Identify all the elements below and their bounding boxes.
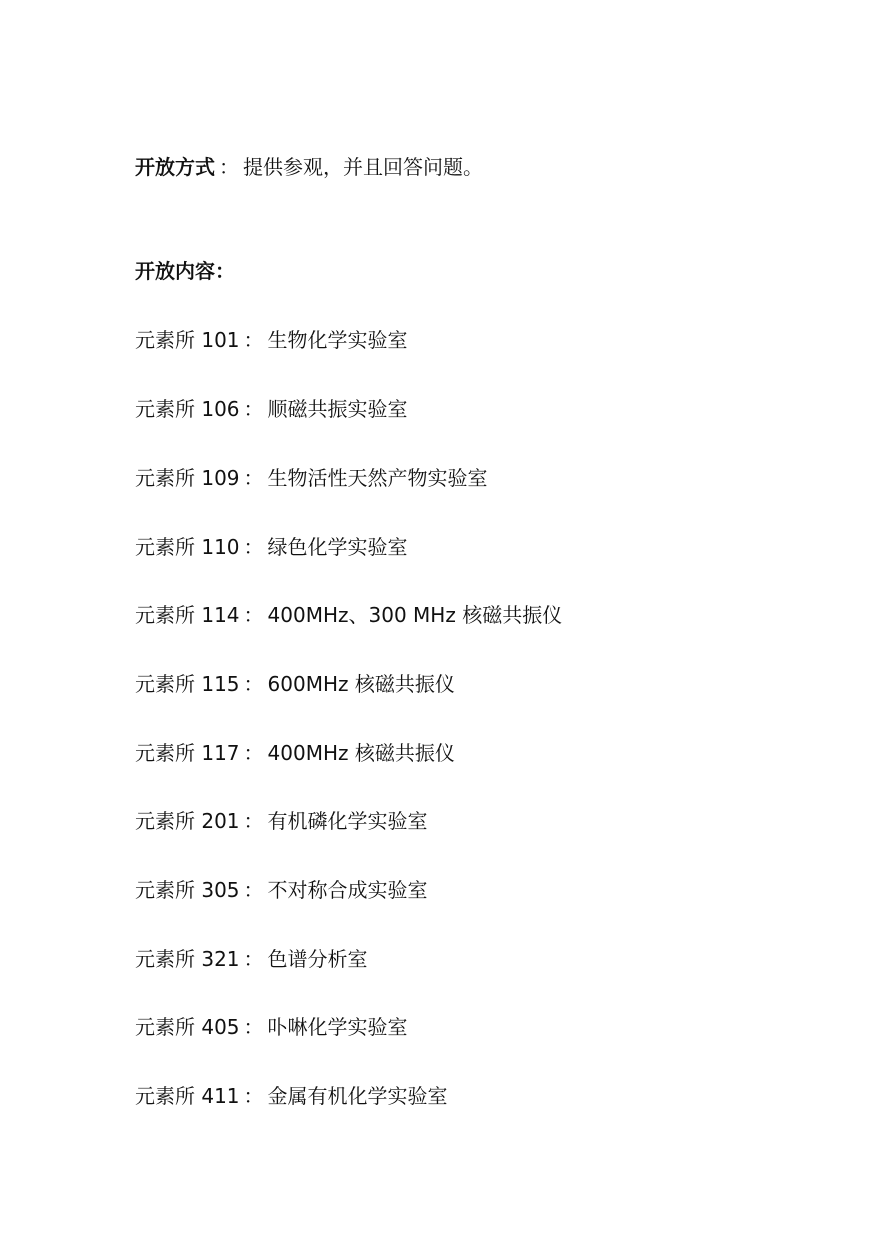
item-name: 生物活性天然产物实验室 [268, 466, 488, 490]
item-separator: ： [240, 809, 268, 833]
list-item: 元素所 106：顺磁共振实验室 [135, 396, 408, 422]
item-prefix: 元素所 [135, 535, 195, 559]
list-item: 元素所 115：600MHz 核磁共振仪 [135, 671, 455, 697]
open-method-line: 开放方式：提供参观，并且回答问题。 [135, 154, 483, 180]
document-page: 开放方式：提供参观，并且回答问题。 开放内容： 元素所 101：生物化学实验室 … [0, 0, 890, 1258]
item-separator: ： [240, 947, 268, 971]
list-item: 元素所 405：卟啉化学实验室 [135, 1014, 408, 1040]
list-item: 元素所 411：金属有机化学实验室 [135, 1083, 448, 1109]
item-separator: ： [240, 397, 268, 421]
list-item: 元素所 101：生物化学实验室 [135, 327, 408, 353]
list-item: 元素所 201：有机磷化学实验室 [135, 808, 428, 834]
item-room: 114 [201, 603, 239, 627]
item-prefix: 元素所 [135, 1084, 195, 1108]
item-name: 色谱分析室 [268, 947, 368, 971]
list-item: 元素所 109：生物活性天然产物实验室 [135, 465, 488, 491]
list-item: 元素所 321：色谱分析室 [135, 946, 368, 972]
item-prefix: 元素所 [135, 466, 195, 490]
item-room: 405 [201, 1015, 239, 1039]
item-prefix: 元素所 [135, 947, 195, 971]
item-room: 321 [201, 947, 239, 971]
item-name: 不对称合成实验室 [268, 878, 428, 902]
list-item: 元素所 114：400MHz、300 MHz 核磁共振仪 [135, 602, 562, 628]
open-method-text: 提供参观，并且回答问题。 [243, 155, 483, 179]
item-separator: ： [240, 466, 268, 490]
item-name: 有机磷化学实验室 [268, 809, 428, 833]
item-name: 生物化学实验室 [268, 328, 408, 352]
item-separator: ： [240, 603, 268, 627]
item-name: 金属有机化学实验室 [268, 1084, 448, 1108]
item-name: 顺磁共振实验室 [268, 397, 408, 421]
item-room: 117 [201, 741, 239, 765]
item-name: 600MHz 核磁共振仪 [268, 672, 455, 696]
item-separator: ： [240, 741, 268, 765]
item-name: 400MHz 核磁共振仪 [268, 741, 455, 765]
list-item: 元素所 117：400MHz 核磁共振仪 [135, 740, 455, 766]
item-room: 109 [201, 466, 239, 490]
item-prefix: 元素所 [135, 878, 195, 902]
item-name: 绿色化学实验室 [268, 535, 408, 559]
item-room: 305 [201, 878, 239, 902]
item-separator: ： [240, 535, 268, 559]
item-room: 106 [201, 397, 239, 421]
item-prefix: 元素所 [135, 1015, 195, 1039]
item-name: 卟啉化学实验室 [268, 1015, 408, 1039]
item-room: 201 [201, 809, 239, 833]
item-prefix: 元素所 [135, 672, 195, 696]
item-separator: ： [240, 328, 268, 352]
item-separator: ： [240, 878, 268, 902]
item-room: 110 [201, 535, 239, 559]
open-method-separator: ： [215, 155, 243, 179]
item-room: 411 [201, 1084, 239, 1108]
item-prefix: 元素所 [135, 328, 195, 352]
item-separator: ： [240, 672, 268, 696]
list-item: 元素所 110：绿色化学实验室 [135, 534, 408, 560]
open-method-label: 开放方式 [135, 155, 215, 179]
item-name: 400MHz、300 MHz 核磁共振仪 [268, 603, 563, 627]
item-room: 115 [201, 672, 239, 696]
item-separator: ： [240, 1015, 268, 1039]
item-room: 101 [201, 328, 239, 352]
item-prefix: 元素所 [135, 741, 195, 765]
item-separator: ： [240, 1084, 268, 1108]
item-prefix: 元素所 [135, 809, 195, 833]
open-content-heading: 开放内容： [135, 258, 235, 284]
item-prefix: 元素所 [135, 397, 195, 421]
list-item: 元素所 305：不对称合成实验室 [135, 877, 428, 903]
item-prefix: 元素所 [135, 603, 195, 627]
